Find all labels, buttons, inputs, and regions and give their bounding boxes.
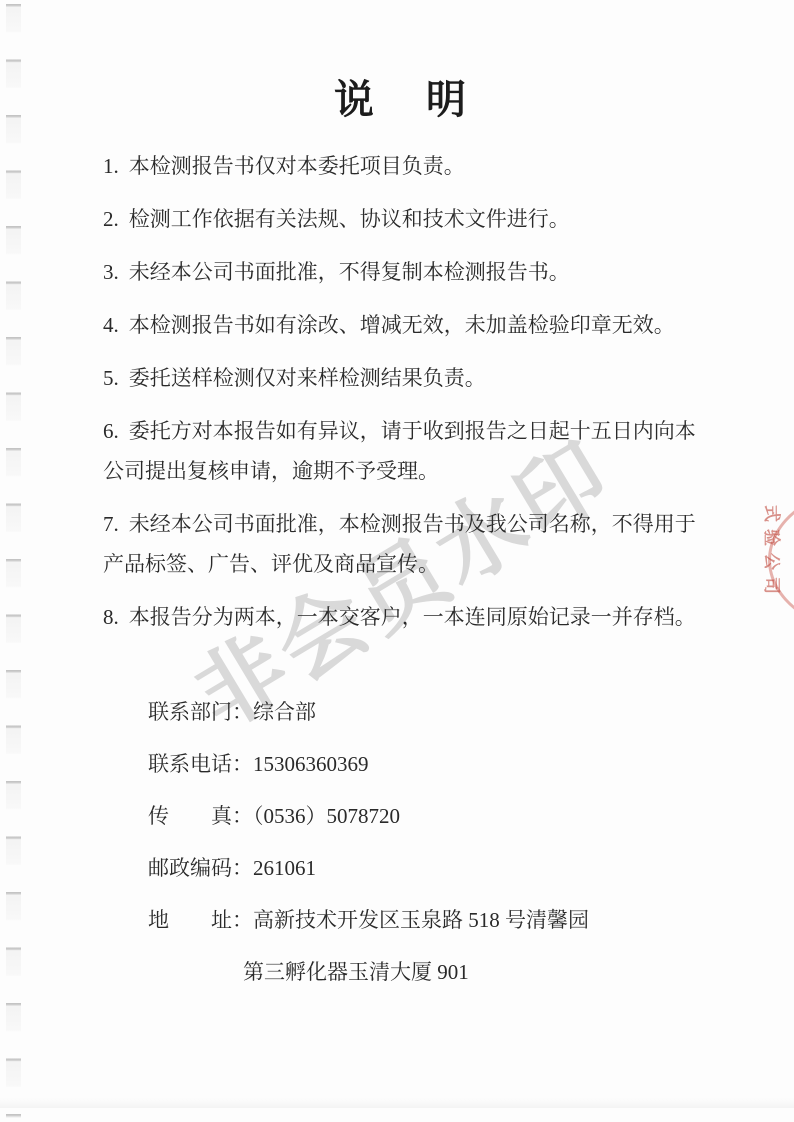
scan-shadow bbox=[0, 1098, 794, 1108]
notice-item-1: 1.本检测报告书仅对本委托项目负责。 bbox=[103, 146, 703, 186]
item-number: 4. bbox=[103, 313, 119, 337]
contact-value: 综合部 bbox=[253, 700, 316, 724]
notice-item-7: 7.未经本公司书面批准，本检测报告书及我公司名称，不得用于产品标签、广告、评优及… bbox=[103, 504, 703, 584]
seal-text: 式验公司 bbox=[761, 505, 786, 623]
item-number: 3. bbox=[103, 260, 119, 284]
contact-value: 15306360369 bbox=[253, 752, 369, 776]
item-number: 5. bbox=[103, 366, 119, 390]
contact-phone: 联系电话：15306360369 bbox=[148, 744, 703, 784]
item-text: 委托送样检测仅对来样检测结果负责。 bbox=[129, 366, 486, 390]
notice-item-8: 8.本报告分为两本，一本交客户，一本连同原始记录一并存档。 bbox=[103, 597, 703, 637]
notice-item-2: 2.检测工作依据有关法规、协议和技术文件进行。 bbox=[103, 199, 703, 239]
contact-address-line2: 第三孵化器玉清大厦 901 bbox=[243, 952, 703, 992]
item-number: 1. bbox=[103, 154, 119, 178]
contact-label: 联系部门： bbox=[148, 700, 253, 724]
item-number: 6. bbox=[103, 419, 119, 443]
contact-label: 邮政编码： bbox=[148, 856, 253, 880]
contact-fax: 传 真：（0536）5078720 bbox=[148, 796, 703, 836]
contact-address: 地 址：高新技术开发区玉泉路 518 号清馨园 bbox=[148, 900, 703, 940]
contact-label: 传 真： bbox=[148, 804, 253, 828]
notice-item-4: 4.本检测报告书如有涂改、增减无效，未加盖检验印章无效。 bbox=[103, 305, 703, 345]
contact-value: （0536）5078720 bbox=[253, 804, 400, 828]
item-number: 7. bbox=[103, 512, 119, 536]
page-title: 说 明 bbox=[103, 78, 703, 122]
item-number: 2. bbox=[103, 207, 119, 231]
contact-postcode: 邮政编码：261061 bbox=[148, 848, 703, 888]
contact-label: 地 址： bbox=[148, 908, 253, 932]
scanned-report-page: 非会员水印 式验公司 说 明 1.本检测报告书仅对本委托项目负责。 2.检测工作… bbox=[0, 0, 794, 1122]
item-text: 检测工作依据有关法规、协议和技术文件进行。 bbox=[129, 207, 570, 231]
company-seal-stamp: 式验公司 bbox=[754, 485, 794, 635]
item-text: 未经本公司书面批准，本检测报告书及我公司名称，不得用于产品标签、广告、评优及商品… bbox=[103, 512, 696, 576]
notice-item-5: 5.委托送样检测仅对来样检测结果负责。 bbox=[103, 358, 703, 398]
contact-value: 261061 bbox=[253, 856, 316, 880]
item-number: 8. bbox=[103, 605, 119, 629]
contact-value: 高新技术开发区玉泉路 518 号清馨园 bbox=[253, 908, 589, 932]
contact-block: 联系部门：综合部 联系电话：15306360369 传 真：（0536）5078… bbox=[103, 692, 703, 992]
item-text: 本报告分为两本，一本交客户，一本连同原始记录一并存档。 bbox=[129, 605, 696, 629]
notice-item-6: 6.委托方对本报告如有异议，请于收到报告之日起十五日内向本公司提出复核申请，逾期… bbox=[103, 411, 703, 491]
item-text: 本检测报告书如有涂改、增减无效，未加盖检验印章无效。 bbox=[129, 313, 675, 337]
item-text: 未经本公司书面批准，不得复制本检测报告书。 bbox=[129, 260, 570, 284]
contact-department: 联系部门：综合部 bbox=[148, 692, 703, 732]
binding-holes bbox=[6, 4, 21, 1118]
document-body: 说 明 1.本检测报告书仅对本委托项目负责。 2.检测工作依据有关法规、协议和技… bbox=[103, 78, 703, 1004]
notice-item-3: 3.未经本公司书面批准，不得复制本检测报告书。 bbox=[103, 252, 703, 292]
item-text: 本检测报告书仅对本委托项目负责。 bbox=[129, 154, 465, 178]
contact-label: 联系电话： bbox=[148, 752, 253, 776]
item-text: 委托方对本报告如有异议，请于收到报告之日起十五日内向本公司提出复核申请，逾期不予… bbox=[103, 419, 696, 483]
